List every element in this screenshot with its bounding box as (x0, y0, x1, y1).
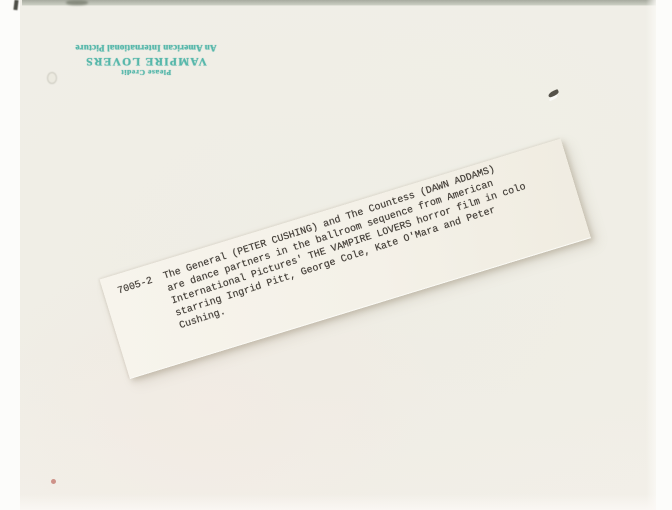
stamp-film-title-text: VAMPIRE LOVERS (60, 55, 232, 67)
typed-caption: 7005-2The General (PETER CUSHING) and Th… (116, 156, 536, 348)
photo-top-edge (22, 0, 656, 6)
red-dust-spot (51, 479, 56, 484)
photo-corner-mark (13, 0, 18, 10)
ink-speck (547, 89, 559, 98)
photo-number: 7005-2 (117, 276, 155, 298)
edge-smudge-mark (66, 0, 88, 5)
caption-line-3: International Pictures' THE VAMPIRE LOVE… (170, 181, 528, 308)
credit-stamp: Please Credit VAMPIRE LOVERS An American… (60, 33, 232, 77)
photo-right-edge-sheen (646, 0, 656, 510)
caption-slip: 7005-2The General (PETER CUSHING) and Th… (100, 139, 591, 379)
stamp-credit-text: Please Credit (60, 68, 232, 77)
stamp-studio-text: An American International Picture (60, 43, 232, 53)
dust-spot (47, 72, 57, 84)
photo-back: Please Credit VAMPIRE LOVERS An American… (20, 0, 656, 510)
